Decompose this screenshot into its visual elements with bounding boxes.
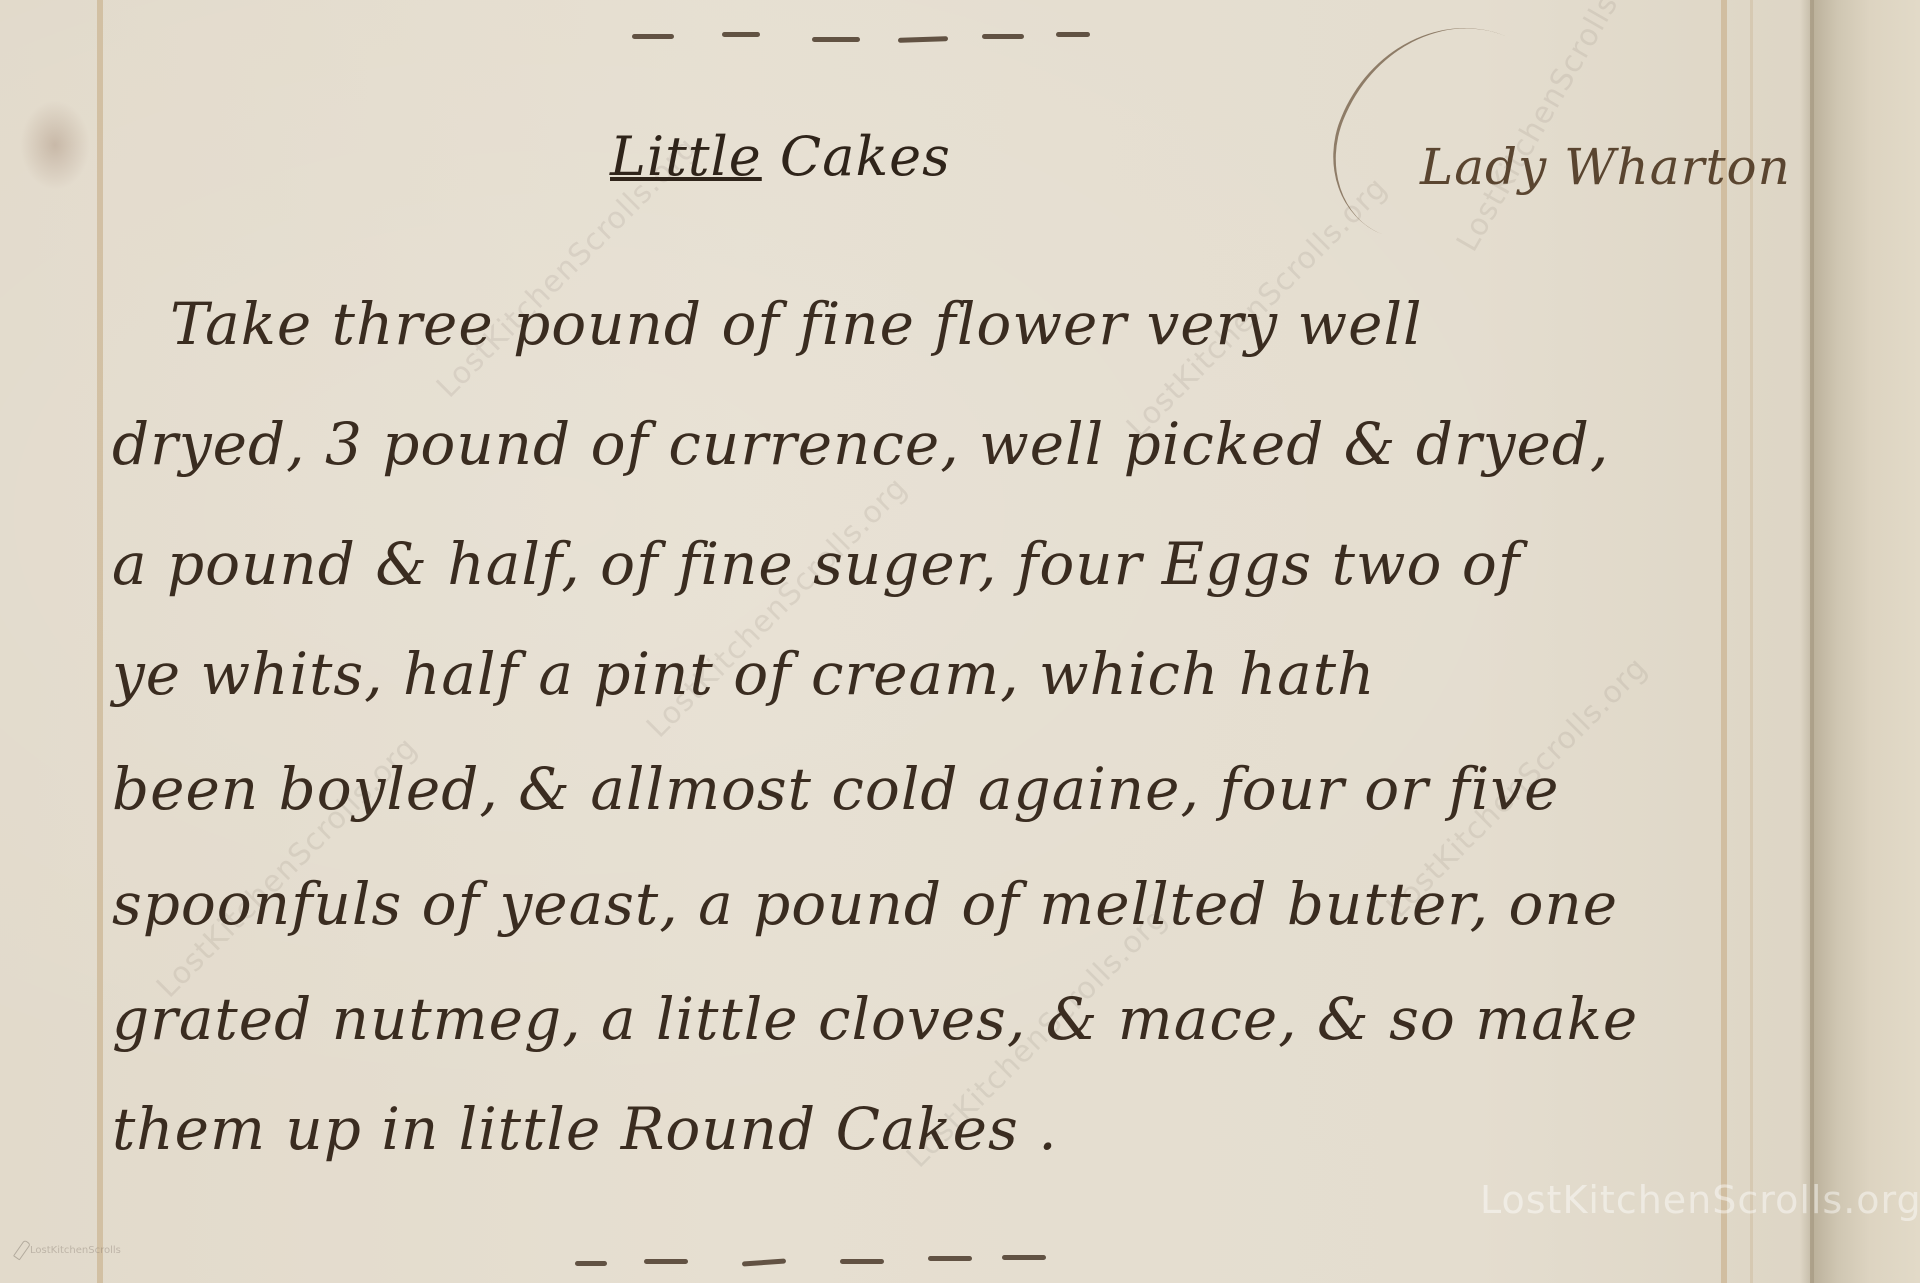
recipe-title: Little Cakes [610, 125, 951, 188]
dash [722, 32, 760, 37]
recipe-line: a pound & half, of fine suger, four Eggs… [112, 530, 1520, 598]
recipe-line: spoonfuls of yeast, a pound of mellted b… [112, 870, 1618, 938]
dash [1056, 32, 1090, 37]
fold-shadow [1800, 0, 1814, 1283]
dash [632, 34, 674, 39]
recipe-line: been boyled, & allmost cold againe, four… [112, 755, 1559, 823]
dash [928, 1256, 972, 1261]
book-gutter [1810, 0, 1920, 1283]
recipe-line: dryed, 3 pound of currence, well picked … [112, 410, 1609, 478]
recipe-attribution: Lady Wharton [1420, 138, 1791, 196]
watermark-bottom-right: LostKitchenScrolls.org [1480, 1178, 1920, 1222]
title-word-little: Little [610, 125, 762, 188]
dash [840, 1259, 884, 1264]
recipe-line: them up in little Round Cakes . [112, 1095, 1058, 1163]
dash [644, 1259, 688, 1264]
dash [575, 1261, 607, 1266]
dash [742, 1258, 786, 1266]
watermark-logo: LostKitchenScrolls [18, 1240, 121, 1260]
watermark-logo-text: LostKitchenScrolls [30, 1245, 121, 1256]
recipe-line: grated nutmeg, a little cloves, & mace, … [112, 985, 1638, 1053]
recipe-line: ye whits, half a pint of cream, which ha… [112, 640, 1375, 708]
dash [982, 34, 1024, 39]
dash [898, 36, 948, 43]
paper-stain [20, 100, 90, 190]
left-margin-rule [97, 0, 103, 1283]
bottom-separator-dashes [0, 1258, 1920, 1268]
dash [1002, 1255, 1046, 1260]
top-separator-dashes [0, 32, 1920, 42]
title-word-cakes: Cakes [762, 125, 951, 188]
dash [812, 37, 860, 42]
recipe-line: Take three pound of fine flower very wel… [170, 290, 1423, 358]
